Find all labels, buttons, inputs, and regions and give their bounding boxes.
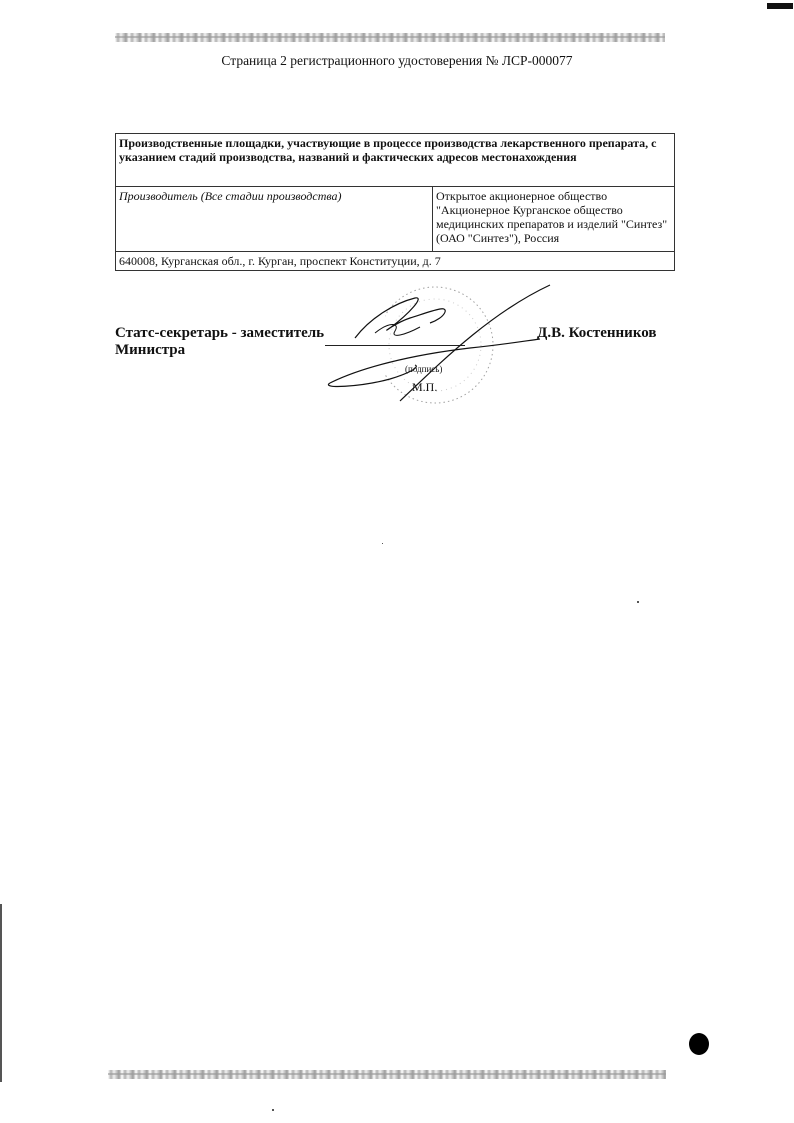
signer-name: Д.В. Костенников bbox=[537, 325, 657, 342]
stamp-label: М.П. bbox=[412, 380, 437, 395]
scan-artifact-top bbox=[115, 33, 665, 42]
manufacturer-role: Производитель (Все стадии производства) bbox=[116, 187, 433, 252]
signer-position-line2: Министра bbox=[115, 342, 324, 359]
scan-speck bbox=[637, 601, 639, 603]
manufacturer-organization: Открытое акционерное общество "Акционерн… bbox=[433, 187, 675, 252]
scan-speck bbox=[382, 543, 383, 544]
manufacturer-address: 640008, Курганская обл., г. Курган, прос… bbox=[116, 252, 675, 271]
signer-position: Статс-секретарь - заместитель Министра bbox=[115, 325, 324, 359]
production-sites-table: Производственные площадки, участвующие в… bbox=[115, 133, 675, 271]
scan-speck bbox=[272, 1109, 274, 1111]
scan-artifact-bottom bbox=[108, 1070, 666, 1079]
signer-position-line1: Статс-секретарь - заместитель bbox=[115, 325, 324, 342]
page-title: Страница 2 регистрационного удостоверени… bbox=[0, 53, 794, 69]
signature-caption: (подпись) bbox=[405, 364, 442, 374]
punch-hole-mark bbox=[689, 1033, 709, 1055]
scan-edge bbox=[0, 904, 2, 1082]
table-row: Производитель (Все стадии производства) … bbox=[116, 187, 675, 252]
table-title: Производственные площадки, участвующие в… bbox=[116, 134, 675, 187]
corner-mark bbox=[767, 3, 793, 9]
